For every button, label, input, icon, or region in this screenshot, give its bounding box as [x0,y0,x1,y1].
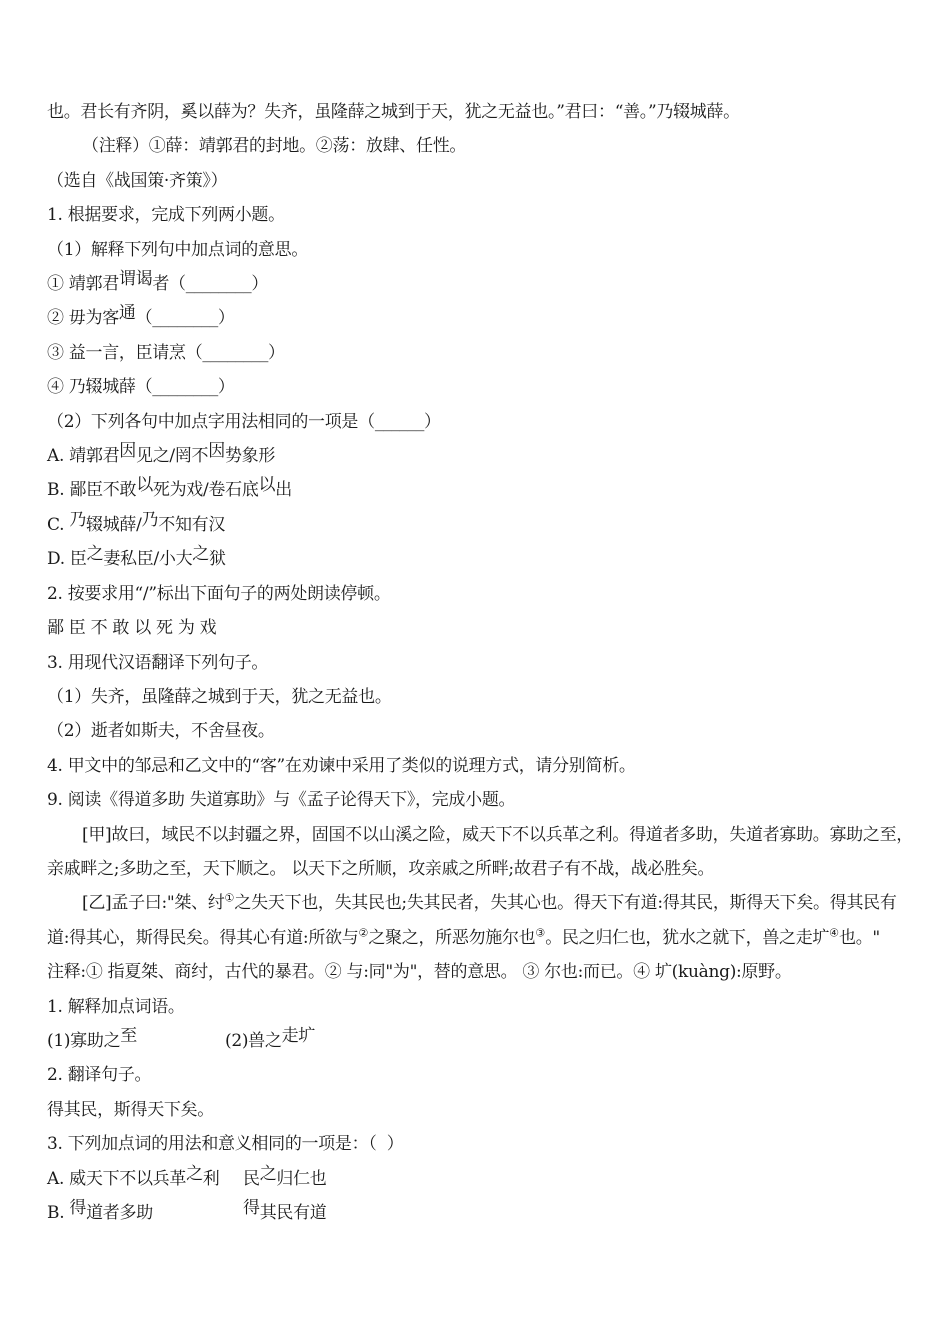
option-2-column: 得其民有道 [243,1196,327,1230]
q1-sub2-option-b: B. 鄙臣不敢以死为戏/卷石底以出 [47,473,912,507]
passage-text: [乙]孟子曰:"桀、纣 [82,893,225,913]
q9-sq3-option-a: A. 威天下不以兵革之利民之归仁也 [47,1162,912,1196]
q1-sub1-stem: （1）解释下列句中加点词的意思。 [47,233,912,267]
emphasized-word: 至 [120,1026,137,1046]
option-text: 出 [275,480,292,500]
passage-text: 。民之归仁也，犹水之就下，兽之走圹 [545,928,829,948]
item-text: ② 毋为客 [47,308,119,328]
q9-stem: 9. 阅读《得道多助 失道寡助》与《孟子论得天下》，完成小题。 [47,783,912,817]
option-text: 死为戏/卷石底 [153,480,259,500]
option-text: 道者多助 [86,1203,153,1223]
item-text: 者 [152,274,169,294]
q1-sub1-item3: ③ 益一言，臣请烹（________） [47,336,912,370]
item-text: ③ 益一言，臣请烹 [47,343,186,363]
q9-sq1-items: (1)寡助之至(2)兽之走圹 [47,1024,912,1058]
item-2-column: (2)兽之走圹 [225,1024,315,1058]
note-ref-2: ② [358,926,368,939]
emphasized-word: 得 [243,1198,260,1218]
q4-stem: 4. 甲文中的邹忌和乙文中的“客”在劝谏中采用了类似的说理方式，请分别简析。 [47,749,912,783]
q1-sub2-option-c: C. 乃辍城薛/乃不知有汉 [47,508,912,542]
q1-stem: 1. 根据要求，完成下列两小题。 [47,198,912,232]
emphasized-word: 之 [260,1164,277,1184]
q1-sub1-item4: ④ 乃辍城薛（________） [47,370,912,404]
q9-passage-jia-line1: [甲]故曰，域民不以封疆之界，固国不以山溪之险，威天下不以兵革之利。得道者多助，… [47,818,912,852]
q3-stem: 3. 用现代汉语翻译下列句子。 [47,646,912,680]
answer-blank: （________） [186,343,285,363]
emphasized-word: 之 [87,544,104,564]
q9-passage-yi-line2: 道:得其心，斯得民矣。得其心有道:所欲与②之聚之，所恶勿施尔也③。民之归仁也，犹… [47,921,912,955]
stem-text: （2）下列各句中加点字用法相同的一项是 [47,412,358,432]
passage-note-line: （注释）①薛：靖郭君的封地。②荡：放肆、任性。 [47,129,912,163]
option-text: 利 [203,1169,220,1189]
emphasized-word: 得 [69,1198,86,1218]
option-text: 辍城薛/ [86,515,142,535]
emphasized-word: 乃 [142,510,159,530]
option-text: 妻私臣/小大 [103,549,192,569]
option-text: A. 靖郭君 [47,446,119,466]
emphasized-word: 之 [186,1164,203,1184]
answer-blank: （________） [136,377,235,397]
passage-text: 之聚之，所恶勿施尔也 [368,928,535,948]
option-text: D. 臣 [47,549,87,569]
passage-text: 道:得其心，斯得民矣。得其心有道:所欲与 [47,928,358,948]
option-text: B. [47,1203,69,1223]
passage-source-line: （选自《战国策·齐策》） [47,164,912,198]
answer-blank: （______） [358,412,441,432]
option-text: 民 [243,1169,260,1189]
item-text: (1)寡助之 [47,1031,120,1051]
emphasized-word: 以 [136,475,153,495]
passage-text: 之失天下也，失其民也;失其民者，失其心也。得天下有道:得其民，斯得天下矣。得其民… [234,893,896,913]
q3-sentence-1: （1）失齐，虽隆薛之城到于天，犹之无益也。 [47,680,912,714]
q1-sub1-item1: ① 靖郭君谓谒者（________） [47,267,912,301]
emphasized-word: 之 [192,544,209,564]
item-text: ① 靖郭君 [47,274,119,294]
option-text: 归仁也 [276,1169,326,1189]
answer-blank: （________） [136,308,235,328]
exam-paper-page: 也。君长有齐阴，奚以薛为？失齐，虽隆薛之城到于天，犹之无益也。”君曰：“善。”乃… [0,0,950,1230]
q9-sq2-stem: 2. 翻译句子。 [47,1058,912,1092]
option-text: 不知有汉 [158,515,225,535]
q2-sentence: 鄙 臣 不 敢 以 死 为 戏 [47,611,912,645]
emphasized-word: 以 [259,475,276,495]
q9-sq1-stem: 1. 解释加点词语。 [47,990,912,1024]
emphasized-word: 乃 [69,510,86,530]
option-2-column: 民之归仁也 [243,1162,327,1196]
q1-sub2-option-d: D. 臣之妻私臣/小大之狱 [47,542,912,576]
stem-text: 3. 下列加点词的用法和意义相同的一项是： [47,1134,368,1154]
answer-paren: （ ） [368,1134,403,1154]
option-text: 势象形 [225,446,275,466]
emphasized-word: 通 [119,303,136,323]
q9-passage-jia-line2: 亲戚畔之;多助之至，天下顺之。 以天下之所顺，攻亲戚之所畔;故君子有不战，战必胜… [47,852,912,886]
option-text: 其民有道 [260,1203,327,1223]
q9-notes-line: 注释:① 指夏桀、商纣，古代的暴君。② 与:同"为"，替的意思。 ③ 尔也:而已… [47,955,912,989]
q9-passage-yi-line1: [乙]孟子曰:"桀、纣①之失天下也，失其民也;失其民者，失其心也。得天下有道:得… [47,886,912,920]
emphasized-word: 因 [208,441,225,461]
passage-jia-tail-line: 也。君长有齐阴，奚以薛为？失齐，虽隆薛之城到于天，犹之无益也。”君曰：“善。”乃… [47,95,912,129]
option-text: A. 威天下不以兵革 [47,1169,186,1189]
q2-stem: 2. 按要求用“/”标出下面句子的两处朗读停顿。 [47,577,912,611]
q9-sq3-option-b: B. 得道者多助得其民有道 [47,1196,912,1230]
q1-sub1-item2: ② 毋为客通（________） [47,301,912,335]
note-ref-1: ① [225,892,235,905]
option-text: B. 鄙臣不敢 [47,480,136,500]
q3-sentence-2: （2）逝者如斯夫，不舍昼夜。 [47,714,912,748]
q9-sq3-stem: 3. 下列加点词的用法和意义相同的一项是：（ ） [47,1127,912,1161]
emphasized-word: 谓谒 [119,269,152,289]
option-text: 狱 [209,549,226,569]
item-text: ④ 乃辍城薛 [47,377,136,397]
passage-text: 也。" [839,928,880,948]
item-text: (2)兽之 [225,1031,282,1051]
emphasized-word: 走圹 [282,1026,315,1046]
emphasized-word: 因 [119,441,136,461]
q1-sub2-option-a: A. 靖郭君因见之/罔不因势象形 [47,439,912,473]
note-ref-3: ③ [535,926,545,939]
option-text: C. [47,515,69,535]
q9-sq2-sentence: 得其民，斯得天下矣。 [47,1093,912,1127]
option-text: 见之/罔不 [136,446,208,466]
q1-sub2-stem: （2）下列各句中加点字用法相同的一项是（______） [47,405,912,439]
note-ref-4: ④ [829,926,839,939]
answer-blank: （________） [169,274,268,294]
